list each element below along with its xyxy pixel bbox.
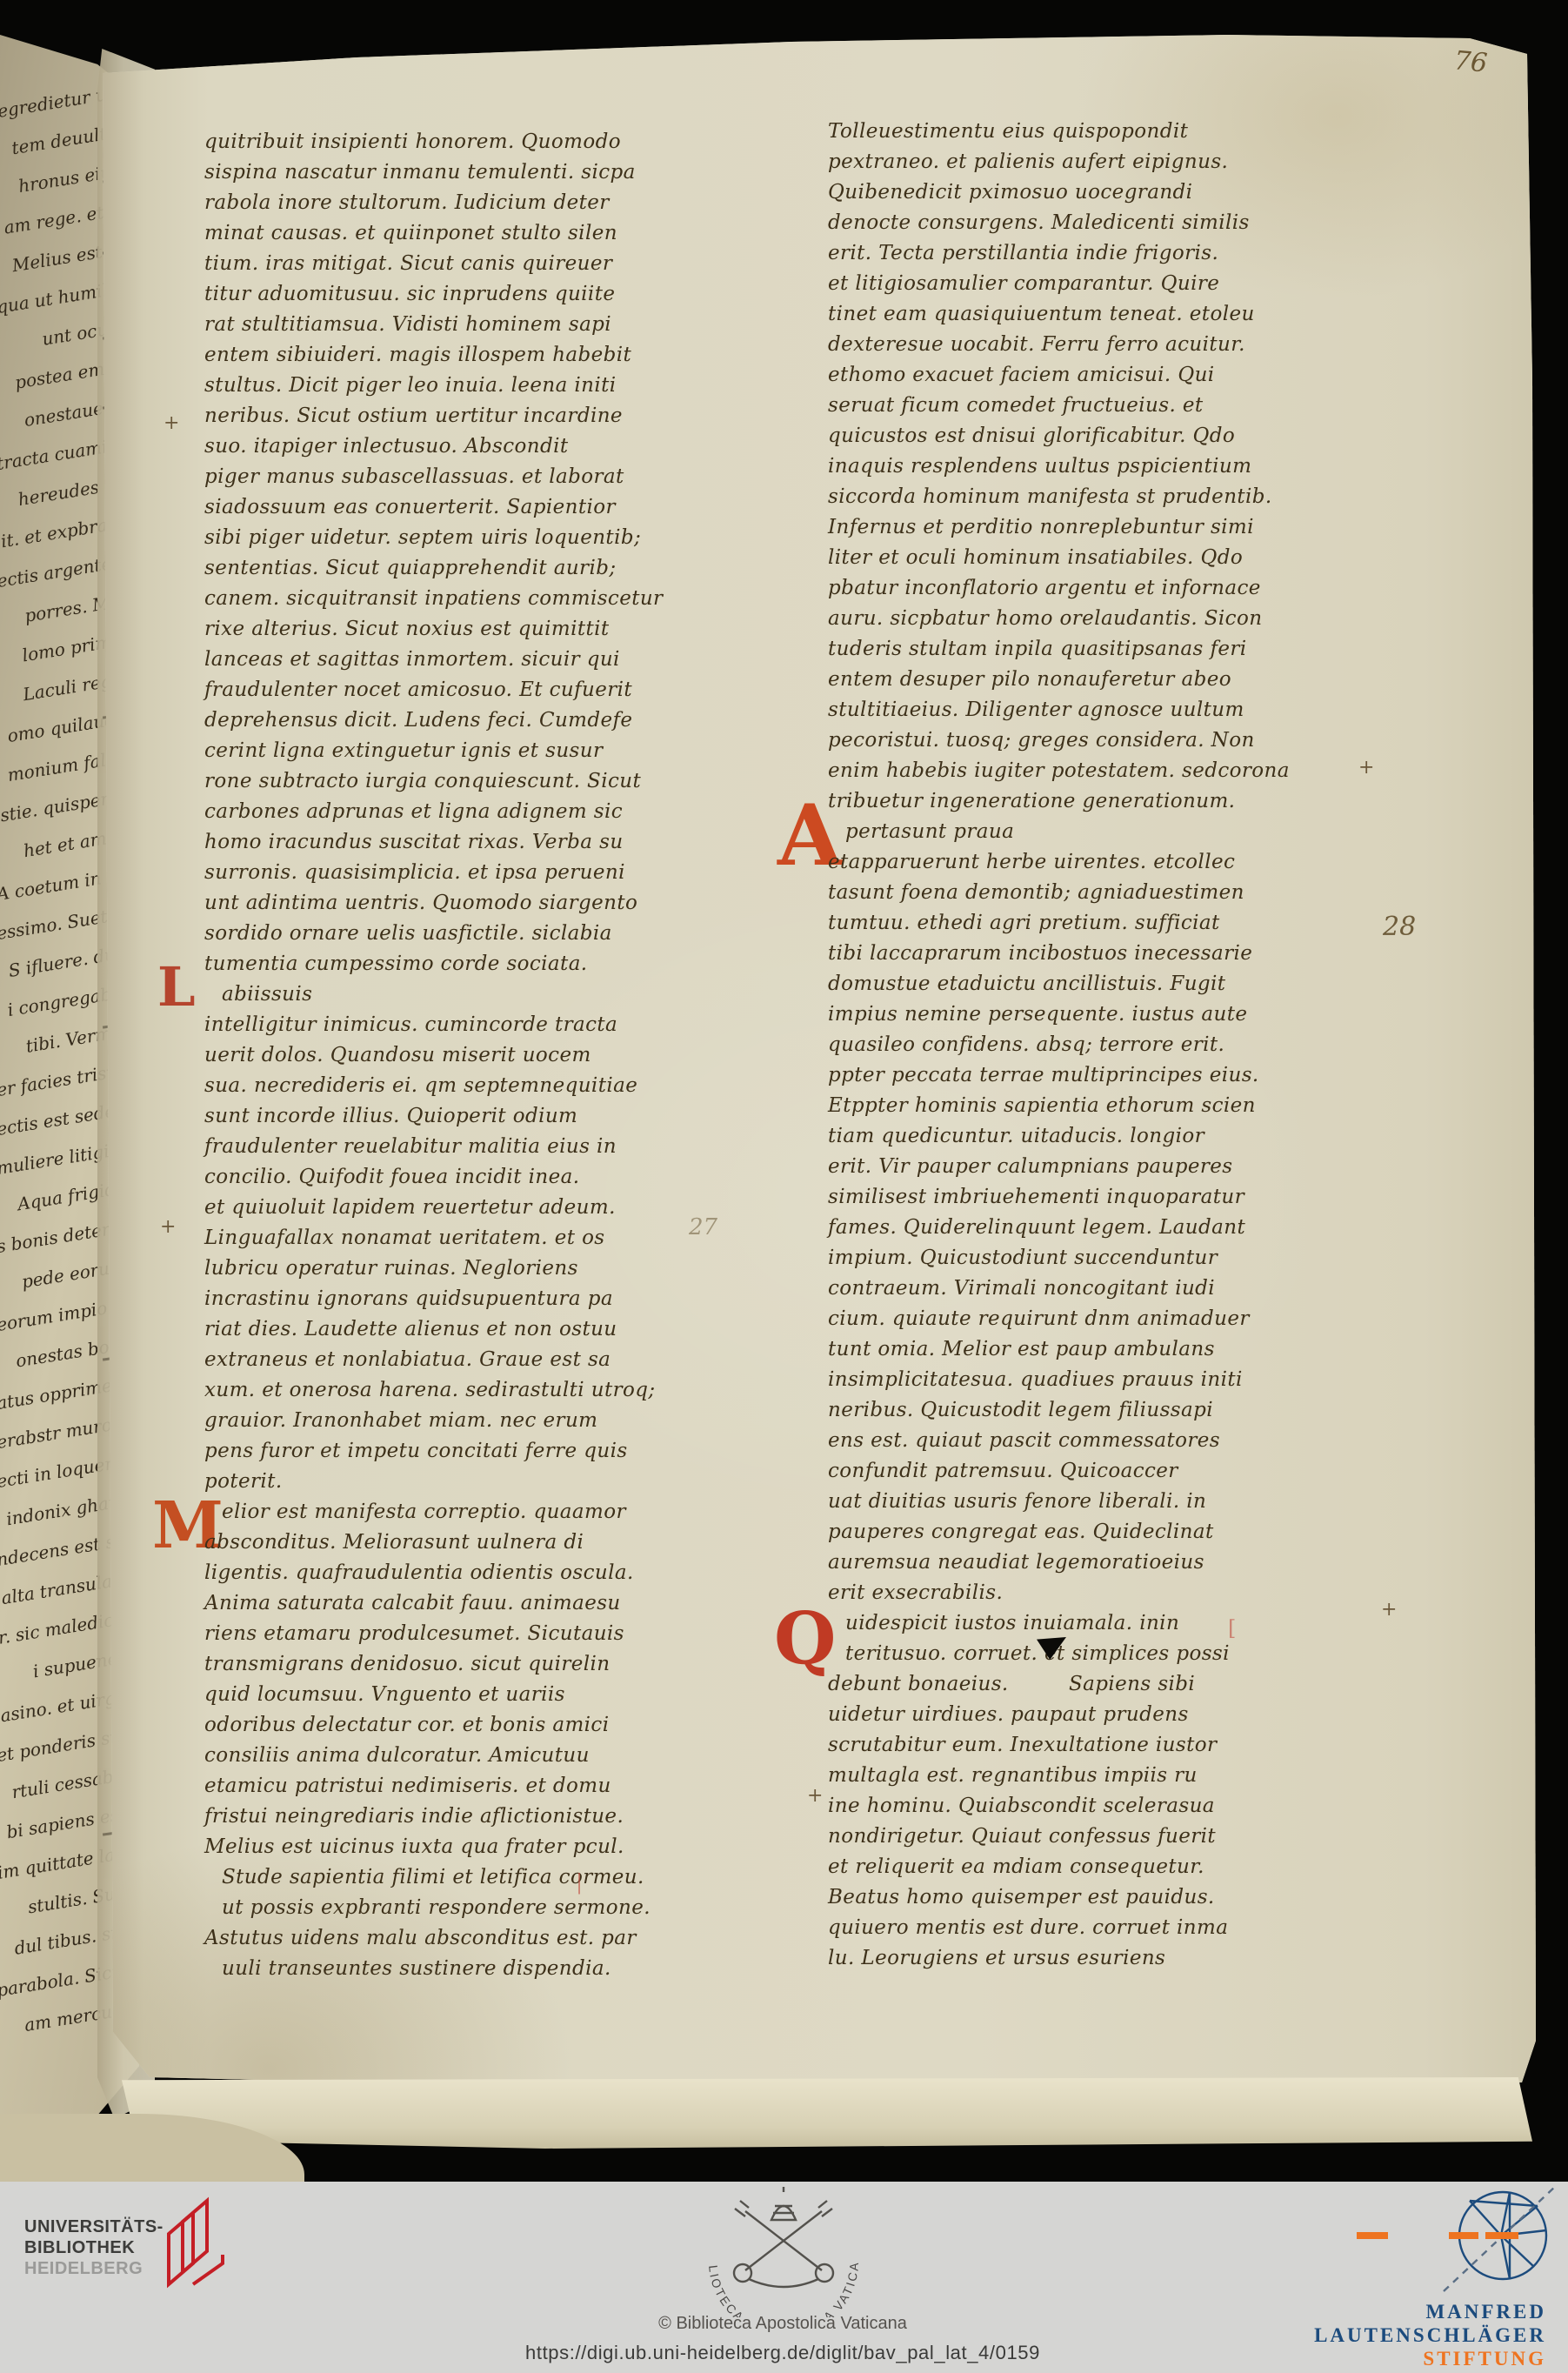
manuscript-line: teritusuo. corruet. et simplices possi [828, 1642, 1367, 1673]
manuscript-line: quitribuit insipienti honorem. Quomodo [204, 130, 744, 161]
manuscript-line-text: abiissuis [222, 983, 312, 1006]
manuscript-line: sibi piger uidetur. septem uiris loquent… [204, 526, 744, 557]
manuscript-line-text: siadossuum eas conuerterit. Sapientior [204, 496, 616, 518]
manuscript-line-text: tibi laccaprarum incibostuos inecessarie [828, 942, 1252, 965]
ub-heidelberg-wordmark: UNIVERSITÄTS- BIBLIOTHEK HEIDELBERG [24, 2216, 163, 2279]
manuscript-line: et quiuoluit lapidem reuertetur adeum. [204, 1196, 744, 1227]
margin-mark: + [1381, 1599, 1397, 1621]
manuscript-line: surronis. quasisimplicia. et ipsa peruen… [204, 861, 744, 892]
manuscript-line-text: siccorda hominum manifesta st prudentib. [828, 485, 1272, 508]
manuscript-line: insimplicitatesua. quadiues prauus initi [828, 1368, 1367, 1399]
manuscript-line-text: impium. Quicustodiunt succenduntur [828, 1247, 1218, 1269]
manuscript-line: tunt omia. Melior est paup ambulans [828, 1338, 1367, 1368]
manuscript-line-text: sibi piger uidetur. septem uiris loquent… [204, 526, 641, 549]
manuscript-line: fraudulenter nocet amicosuo. Et cufuerit [204, 678, 744, 709]
manuscript-line: sententias. Sicut quiapprehendit aurib; [204, 557, 744, 587]
margin-mark: | [576, 1870, 583, 1895]
manuscript-line-text: tasunt foena demontib; agniaduestimen [828, 881, 1244, 904]
manuscript-line: rat stultitiamsua. Vidisti hominem sapi [204, 313, 744, 344]
manuscript-line-text: Melius est uicinus iuxta qua frater pcul… [204, 1835, 624, 1858]
manuscript-line-text: erit. Tecta perstillantia indie frigoris… [828, 242, 1218, 264]
manuscript-line: tium. iras mitigat. Sicut canis quireuer [204, 252, 744, 283]
manuscript-line-text: similisest imbriuehementi inquoparatur [828, 1186, 1244, 1208]
manuscript-line-text: ethomo exacuet faciem amicisui. Qui [828, 364, 1215, 386]
manuscript-line: Astutus uidens malu absconditus est. par [204, 1927, 744, 1957]
manuscript-line-text: quasileo confidens. absq; terrore erit. [828, 1033, 1224, 1056]
manuscript-line: Melius est uicinus iuxta qua frater pcul… [204, 1835, 744, 1866]
ub-line2: BIBLIOTHEK [24, 2237, 163, 2258]
manuscript-line-text: quid locumsuu. Vnguento et uariis [204, 1683, 565, 1706]
manuscript-line-text: pens furor et impetu concitati ferre qui… [204, 1440, 628, 1462]
manuscript-line-text: deprehensus dicit. Ludens feci. Cumdefe [204, 709, 632, 732]
manuscript-line: piger manus subascellassuas. et laborat [204, 465, 744, 496]
manuscript-line: quasileo confidens. absq; terrore erit. [828, 1033, 1367, 1064]
manuscript-line: erit. Tecta perstillantia indie frigoris… [828, 242, 1367, 272]
manuscript-line: uidetur uirdiues. paupaut prudens [828, 1703, 1367, 1734]
manuscript-line-text: denocte consurgens. Maledicenti similis [828, 211, 1250, 234]
manuscript-line: cium. quiaute requirunt dnm animaduer [828, 1307, 1367, 1338]
manuscript-line: grauior. Iranonhabet miam. nec erum [204, 1409, 744, 1440]
manuscript-line-text: sua. necredideris ei. qm septemnequitiae [204, 1074, 637, 1097]
manuscript-line: uat diuitias usuris fenore liberali. in [828, 1490, 1367, 1521]
manuscript-line: neribus. Quicustodit legem filiussapi [828, 1399, 1367, 1429]
manuscript-line-text: ine hominu. Quiabscondit scelerasua [828, 1795, 1215, 1817]
manuscript-line-text: minat causas. et quiinponet stulto silen [204, 222, 617, 244]
manuscript-line-text: transmigrans denidosuo. sicut quirelin [204, 1653, 610, 1675]
mls-logo-icon [1339, 2182, 1557, 2299]
manuscript-line: seruat ficum comedet fructueius. et [828, 394, 1367, 424]
manuscript-line: contraeum. Virimali noncogitant iudi [828, 1277, 1367, 1307]
vatican-emblem: BIBLIOTECA APOSTOLICA VATICANA [691, 2187, 876, 2322]
manuscript-line: deprehensus dicit. Ludens feci. Cumdefe [204, 709, 744, 739]
manuscript-line: incrastinu ignorans quidsupuentura pa [204, 1287, 744, 1318]
manuscript-line: liter et oculi hominum insatiabiles. Qdo [828, 546, 1367, 577]
manuscript-line: minat causas. et quiinponet stulto silen [204, 222, 744, 252]
manuscript-line-text: entem desuper pilo nonauferetur abeo [828, 668, 1231, 691]
manuscript-line-text: contraeum. Virimali noncogitant iudi [828, 1277, 1215, 1300]
manuscript-line-text: et reliquerit ea mdiam consequetur. [828, 1855, 1204, 1878]
manuscript-line-text: et quiuoluit lapidem reuertetur adeum. [204, 1196, 616, 1219]
manuscript-line: domustue etaduictu ancillistuis. Fugit [828, 973, 1367, 1003]
manuscript-line-text: surronis. quasisimplicia. et ipsa peruen… [204, 861, 625, 884]
manuscript-line-text: ut possis expbranti respondere sermone. [222, 1896, 651, 1919]
margin-mark: + [807, 1785, 823, 1807]
manuscript-line-text: odoribus delectatur cor. et bonis amici [204, 1714, 609, 1736]
manuscript-line-text: pecoristui. tuosq; greges considera. Non [828, 729, 1255, 752]
manuscript-line-text: sordido ornare uelis uasfictile. siclabi… [204, 922, 612, 945]
manuscript-line: tribuetur ingeneratione generationum. [828, 790, 1367, 820]
manuscript-line: auremsua neaudiat legemoratioeius [828, 1551, 1367, 1581]
manuscript-line-text: Tolleuestimentu eius quispopondit [828, 120, 1188, 143]
manuscript-line: tuderis stultam inpila quasitipsanas fer… [828, 638, 1367, 668]
manuscript-line-text: et litigiosamulier comparantur. Quire [828, 272, 1219, 295]
manuscript-line: impium. Quicustodiunt succenduntur [828, 1247, 1367, 1277]
manuscript-line: etamicu patristui nedimiseris. et domu [204, 1775, 744, 1805]
manuscript-line: entem desuper pilo nonauferetur abeo [828, 668, 1367, 699]
manuscript-line: Quidespicit iustos inuiamala. inin [828, 1612, 1367, 1642]
manuscript-line-text: debunt bonaeius. Sapiens sibi [828, 1673, 1195, 1695]
manuscript-line-text: stultitiaeius. Diligenter agnosce uultum [828, 699, 1244, 721]
manuscript-line-text: extraneus et nonlabiatua. Graue est sa [204, 1348, 611, 1371]
manuscript-line-text: Anima saturata calcabit fauu. animaesu [204, 1592, 621, 1614]
manuscript-line-text: carbones adprunas et ligna adignem sic [204, 800, 623, 823]
manuscript-line-text: tumentia cumpessimo corde sociata. [204, 953, 588, 975]
manuscript-line-text: rabola inore stultorum. Iudicium deter [204, 191, 610, 214]
manuscript-line: sispina nascatur inmanu temulenti. sicpa [204, 161, 744, 191]
manuscript-line: auru. sicpbatur homo orelaudantis. Sicon [828, 607, 1367, 638]
manuscript-line-text: rat stultitiamsua. Vidisti hominem sapi [204, 313, 611, 336]
ub-line3: HEIDELBERG [24, 2258, 163, 2279]
manuscript-line-text: elior est manifesta correptio. quaamor [222, 1501, 626, 1523]
manuscript-line-text: multagla est. regnantibus impiis ru [828, 1764, 1198, 1787]
manuscript-line-text: incrastinu ignorans quidsupuentura pa [204, 1287, 613, 1310]
manuscript-line-text: uidespicit iustos inuiamala. inin [845, 1612, 1179, 1634]
manuscript-line: fraudulenter reuelabitur malitia eius in [204, 1135, 744, 1166]
manuscript-line-text: sententias. Sicut quiapprehendit aurib; [204, 557, 616, 579]
manuscript-line: erit exsecrabilis. [828, 1581, 1367, 1612]
manuscript-line-text: erit exsecrabilis. [828, 1581, 1003, 1604]
manuscript-line: Anima saturata calcabit fauu. animaesu [204, 1592, 744, 1622]
manuscript-line: scrutabitur eum. Inexultatione iustor [828, 1734, 1367, 1764]
manuscript-line: nondirigetur. Quiaut confessus fuerit [828, 1825, 1367, 1855]
footer-bar: UNIVERSITÄTS- BIBLIOTHEK HEIDELBERG [0, 2182, 1568, 2373]
manuscript-line-text: pextraneo. et palienis aufert eipignus. [828, 150, 1228, 173]
manuscript-photo: egredietur uastem deuulturhronus eius.am… [0, 0, 1568, 2373]
manuscript-line-text: tiam quedicuntur. uitaducis. longior [828, 1125, 1204, 1147]
margin-mark: [ [1228, 1616, 1236, 1641]
manuscript-line: pens furor et impetu concitati ferre qui… [204, 1440, 744, 1470]
manuscript-line: ens est. quiaut pascit commessatores [828, 1429, 1367, 1460]
manuscript-line-text: ppter peccata terrae multiprincipes eius… [828, 1064, 1259, 1086]
manuscript-line: entem sibiuideri. magis illospem habebit [204, 344, 744, 374]
manuscript-line-text: piger manus subascellassuas. et laborat [204, 465, 624, 488]
manuscript-line: tiam quedicuntur. uitaducis. longior [828, 1125, 1367, 1155]
manuscript-line-text: pauperes congregat eas. Quideclinat [828, 1521, 1214, 1543]
manuscript-line: tumentia cumpessimo corde sociata. [204, 953, 744, 983]
manuscript-line: debunt bonaeius. Sapiens sibi [828, 1673, 1367, 1703]
manuscript-line-text: lanceas et sagittas inmortem. sicuir qui [204, 648, 620, 671]
manuscript-line: Apertasunt praua [828, 820, 1367, 851]
manuscript-line-text: insimplicitatesua. quadiues prauus initi [828, 1368, 1243, 1391]
text-column-left: quitribuit insipienti honorem. Quomodosi… [204, 130, 744, 1988]
manuscript-line-text: riens etamaru produlcesumet. Sicutauis [204, 1622, 624, 1645]
manuscript-line: extraneus et nonlabiatua. Graue est sa [204, 1348, 744, 1379]
manuscript-line-text: confundit patremsuu. Quicoaccer [828, 1460, 1178, 1482]
manuscript-line: neribus. Sicut ostium uertitur incardine [204, 404, 744, 435]
manuscript-line-text: neribus. Sicut ostium uertitur incardine [204, 404, 623, 427]
manuscript-line-text: sunt incorde illius. Quioperit odium [204, 1105, 577, 1127]
manuscript-line-text: uidetur uirdiues. paupaut prudens [828, 1703, 1189, 1726]
manuscript-line-text: teritusuo. corruet. et simplices possi [845, 1642, 1230, 1665]
manuscript-line-text: stultus. Dicit piger leo inuia. leena in… [204, 374, 617, 397]
manuscript-line: tumtuu. ethedi agri pretium. sufficiat [828, 912, 1367, 942]
manuscript-line-text: tium. iras mitigat. Sicut canis quireuer [204, 252, 612, 275]
manuscript-line-text: tuderis stultam inpila quasitipsanas fer… [828, 638, 1247, 660]
manuscript-line: Stude sapientia filimi et letifica corme… [204, 1866, 744, 1896]
manuscript-line: suo. itapiger inlectusuo. Abscondit [204, 435, 744, 465]
manuscript-line-text: quiuero mentis est dure. corruet inma [828, 1916, 1228, 1939]
manuscript-line: Melior est manifesta correptio. quaamor [204, 1501, 744, 1531]
manuscript-line-text: tumtuu. ethedi agri pretium. sufficiat [828, 912, 1220, 934]
manuscript-line: cerint ligna extinguetur ignis et susur [204, 739, 744, 770]
manuscript-line-text: nondirigetur. Quiaut confessus fuerit [828, 1825, 1216, 1848]
manuscript-line-text: homo iracundus suscitat rixas. Verba su [204, 831, 624, 853]
manuscript-line-text: auremsua neaudiat legemoratioeius [828, 1551, 1204, 1574]
manuscript-line-text: sispina nascatur inmanu temulenti. sicpa [204, 161, 636, 184]
manuscript-line-text: fames. Quiderelinquunt legem. Laudant [828, 1216, 1245, 1239]
manuscript-line-text: erit. Vir pauper calumpnians pauperes [828, 1155, 1232, 1178]
manuscript-line: multagla est. regnantibus impiis ru [828, 1764, 1367, 1795]
manuscript-line-text: fristui neingrediaris indie aflictionist… [204, 1805, 624, 1828]
manuscript-line: inaquis resplendens uultus pspicientium [828, 455, 1367, 485]
manuscript-line: pecoristui. tuosq; greges considera. Non [828, 729, 1367, 759]
page-stack-edge [122, 2077, 1532, 2149]
manuscript-line-text: tunt omia. Melior est paup ambulans [828, 1338, 1215, 1360]
manuscript-line: ligentis. quafraudulentia odientis oscul… [204, 1561, 744, 1592]
manuscript-line: transmigrans denidosuo. sicut quirelin [204, 1653, 744, 1683]
manuscript-line: et reliquerit ea mdiam consequetur. [828, 1855, 1367, 1886]
manuscript-line: pextraneo. et palienis aufert eipignus. [828, 150, 1367, 181]
manuscript-line-text: pbatur inconflatorio argentu et infornac… [828, 577, 1261, 599]
manuscript-line: lu. Leorugiens et ursus esuriens [828, 1947, 1367, 1977]
manuscript-line-text: Quibenedicit pximosuo uocegrandi [828, 181, 1192, 204]
manuscript-line: riat dies. Laudette alienus et non ostuu [204, 1318, 744, 1348]
manuscript-line: intelligitur inimicus. cumincorde tracta [204, 1013, 744, 1044]
margin-mark: + [163, 412, 179, 434]
manuscript-line: Infernus et perditio nonreplebuntur simi [828, 516, 1367, 546]
ub-line1: UNIVERSITÄTS- [24, 2216, 163, 2237]
manuscript-line-text: neribus. Quicustodit legem filiussapi [828, 1399, 1213, 1421]
manuscript-line: stultus. Dicit piger leo inuia. leena in… [204, 374, 744, 404]
manuscript-line-text: canem. sicquitransit inpatiens commiscet… [204, 587, 663, 610]
manuscript-line-text: concilio. Quifodit fouea incidit inea. [204, 1166, 579, 1188]
manuscript-line: pauperes congregat eas. Quideclinat [828, 1521, 1367, 1551]
manuscript-line-text: consiliis anima dulcoratur. Amicutuu [204, 1744, 590, 1767]
manuscript-line-text: rixe alterius. Sicut noxius est quimitti… [204, 618, 610, 640]
manuscript-line: rone subtracto iurgia conquiescunt. Sicu… [204, 770, 744, 800]
manuscript-line: stultitiaeius. Diligenter agnosce uultum [828, 699, 1367, 729]
manuscript-line: riens etamaru produlcesumet. Sicutauis [204, 1622, 744, 1653]
manuscript-line-text: riat dies. Laudette alienus et non ostuu [204, 1318, 617, 1340]
manuscript-line: titur aduomitusuu. sic inprudens quiite [204, 283, 744, 313]
manuscript-line-text: uuli transeuntes sustinere dispendia. [222, 1957, 611, 1980]
manuscript-line: xum. et onerosa harena. sedirastulti utr… [204, 1379, 744, 1409]
manuscript-line-text: inaquis resplendens uultus pspicientium [828, 455, 1251, 478]
manuscript-line: fristui neingrediaris indie aflictionist… [204, 1805, 744, 1835]
manuscript-line: tibi laccaprarum incibostuos inecessarie [828, 942, 1367, 973]
mls-line2: LAUTENSCHLÄGER [1035, 2323, 1546, 2347]
manuscript-line: siccorda hominum manifesta st prudentib. [828, 485, 1367, 516]
manuscript-line: erit. Vir pauper calumpnians pauperes [828, 1155, 1367, 1186]
manuscript-line: confundit patremsuu. Quicoaccer [828, 1460, 1367, 1490]
manuscript-line-text: cium. quiaute requirunt dnm animaduer [828, 1307, 1250, 1330]
manuscript-line: odoribus delectatur cor. et bonis amici [204, 1714, 744, 1744]
manuscript-line: Etppter hominis sapientia ethorum scien [828, 1094, 1367, 1125]
manuscript-line: Linguafallax nonamat ueritatem. et os [204, 1227, 744, 1257]
manuscript-line-text: liter et oculi hominum insatiabiles. Qdo [828, 546, 1243, 569]
manuscript-line: etapparuerunt herbe uirentes. etcollec [828, 851, 1367, 881]
manuscript-line-text: quicustos est dnisui glorificabitur. Qdo [828, 424, 1235, 447]
manuscript-line-text: domustue etaduictu ancillistuis. Fugit [828, 973, 1225, 995]
manuscript-line-text: auru. sicpbatur homo orelaudantis. Sicon [828, 607, 1262, 630]
manuscript-line-text: xum. et onerosa harena. sedirastulti utr… [204, 1379, 656, 1401]
manuscript-line-text: uat diuitias usuris fenore liberali. in [828, 1490, 1206, 1513]
manuscript-line-text: enim habebis iugiter potestatem. sedcoro… [828, 759, 1290, 782]
manuscript-line: lanceas et sagittas inmortem. sicuir qui [204, 648, 744, 678]
manuscript-line: uuli transeuntes sustinere dispendia. [204, 1957, 744, 1988]
manuscript-line: impius nemine persequente. iustus aute [828, 1003, 1367, 1033]
margin-mark: + [1358, 757, 1374, 779]
manuscript-line: et litigiosamulier comparantur. Quire [828, 272, 1367, 303]
manuscript-line-text: Beatus homo quisemper est pauidus. [828, 1886, 1215, 1908]
manuscript-line-text: unt adintima uentris. Quomodo siargento [204, 892, 637, 914]
manuscript-line-text: titur aduomitusuu. sic inprudens quiite [204, 283, 615, 305]
manuscript-line-text: Linguafallax nonamat ueritatem. et os [204, 1227, 605, 1249]
manuscript-line-text: scrutabitur eum. Inexultatione iustor [828, 1734, 1217, 1756]
manuscript-line: Tolleuestimentu eius quispopondit [828, 120, 1367, 150]
manuscript-line: ine hominu. Quiabscondit scelerasua [828, 1795, 1367, 1825]
manuscript-line-text: ens est. quiaut pascit commessatores [828, 1429, 1220, 1452]
manuscript-line-text: tinet eam quasiquiuentum teneat. etoleu [828, 303, 1255, 325]
manuscript-line-text: rone subtracto iurgia conquiescunt. Sicu… [204, 770, 641, 792]
manuscript-line-text: ligentis. quafraudulentia odientis oscul… [204, 1561, 634, 1584]
manuscript-line: concilio. Quifodit fouea incidit inea. [204, 1166, 744, 1196]
manuscript-line: ethomo exacuet faciem amicisui. Qui [828, 364, 1367, 394]
manuscript-line-text: lu. Leorugiens et ursus esuriens [828, 1947, 1165, 1969]
manuscript-line: quicustos est dnisui glorificabitur. Qdo [828, 424, 1367, 455]
manuscript-line-text: etapparuerunt herbe uirentes. etcollec [828, 851, 1235, 873]
manuscript-line-text: lubricu operatur ruinas. Negloriens [204, 1257, 578, 1280]
manuscript-line: denocte consurgens. Maledicenti similis [828, 211, 1367, 242]
folio-number: 76 [1453, 45, 1489, 78]
manuscript-line-text: pertasunt praua [845, 820, 1014, 843]
mls-line3: STIFTUNG [1035, 2347, 1546, 2370]
manuscript-line: rabola inore stultorum. Iudicium deter [204, 191, 744, 222]
manuscript-line: homo iracundus suscitat rixas. Verba su [204, 831, 744, 861]
manuscript-line: consiliis anima dulcoratur. Amicutuu [204, 1744, 744, 1775]
manuscript-line: uerit dolos. Quandosu miserit uocem [204, 1044, 744, 1074]
manuscript-line-text: impius nemine persequente. iustus aute [828, 1003, 1247, 1026]
manuscript-line: tasunt foena demontib; agniaduestimen [828, 881, 1367, 912]
manuscript-line-text: absconditus. Meliorasunt uulnera di [204, 1531, 584, 1554]
manuscript-line: sua. necredideris ei. qm septemnequitiae [204, 1074, 744, 1105]
manuscript-line: lubricu operatur ruinas. Negloriens [204, 1257, 744, 1287]
manuscript-line-text: fraudulenter nocet amicosuo. Et cufuerit [204, 678, 632, 701]
manuscript-line: ppter peccata terrae multiprincipes eius… [828, 1064, 1367, 1094]
manuscript-page: 76 quitribuit insipienti honorem. Quomod… [96, 31, 1539, 2154]
text-column-right: Tolleuestimentu eius quispoponditpextran… [828, 120, 1367, 1977]
manuscript-line: poterit. [204, 1470, 744, 1501]
manuscript-line-text: Etppter hominis sapientia ethorum scien [828, 1094, 1256, 1117]
manuscript-line: dexteresue uocabit. Ferru ferro acuitur. [828, 333, 1367, 364]
manuscript-line: siadossuum eas conuerterit. Sapientior [204, 496, 744, 526]
vatican-copyright: © Biblioteca Apostolica Vaticana [522, 2314, 1044, 2334]
manuscript-line-text: entem sibiuideri. magis illospem habebit [204, 344, 631, 366]
manuscript-line-text: intelligitur inimicus. cumincorde tracta [204, 1013, 617, 1036]
manuscript-line-text: grauior. Iranonhabet miam. nec erum [204, 1409, 597, 1432]
manuscript-line-text: seruat ficum comedet fructueius. et [828, 394, 1204, 417]
manuscript-line: sordido ornare uelis uasfictile. siclabi… [204, 922, 744, 953]
manuscript-line: tinet eam quasiquiuentum teneat. etoleu [828, 303, 1367, 333]
manuscript-line: absconditus. Meliorasunt uulnera di [204, 1531, 744, 1561]
manuscript-line-text: etamicu patristui nedimiseris. et domu [204, 1775, 611, 1797]
mls-wordmark: MANFRED LAUTENSCHLÄGER STIFTUNG [1035, 2300, 1546, 2370]
manuscript-line: fames. Quiderelinquunt legem. Laudant [828, 1216, 1367, 1247]
manuscript-line: pbatur inconflatorio argentu et infornac… [828, 577, 1367, 607]
manuscript-line: sunt incorde illius. Quioperit odium [204, 1105, 744, 1135]
manuscript-line-text: uerit dolos. Quandosu miserit uocem [204, 1044, 591, 1066]
manuscript-line-text: suo. itapiger inlectusuo. Abscondit [204, 435, 568, 458]
illuminated-initial: L [157, 960, 196, 1014]
manuscript-line: Quibenedicit pximosuo uocegrandi [828, 181, 1367, 211]
manuscript-line: carbones adprunas et ligna adignem sic [204, 800, 744, 831]
manuscript-line: Labiissuis [204, 983, 744, 1013]
manuscript-line: quid locumsuu. Vnguento et uariis [204, 1683, 744, 1714]
manuscript-line-text: quitribuit insipienti honorem. Quomodo [204, 130, 621, 153]
margin-mark: + [160, 1216, 176, 1238]
manuscript-line: ut possis expbranti respondere sermone. [204, 1896, 744, 1927]
manuscript-line: similisest imbriuehementi inquoparatur [828, 1186, 1367, 1216]
margin-mark: 27 [689, 1214, 717, 1240]
manuscript-line-text: fraudulenter reuelabitur malitia eius in [204, 1135, 617, 1158]
manuscript-line-text: Infernus et perditio nonreplebuntur simi [828, 516, 1254, 538]
manuscript-line-text: Astutus uidens malu absconditus est. par [204, 1927, 637, 1949]
mls-line1: MANFRED [1035, 2300, 1546, 2323]
manuscript-line: canem. sicquitransit inpatiens commiscet… [204, 587, 744, 618]
manuscript-line-text: tribuetur ingeneratione generationum. [828, 790, 1235, 812]
manuscript-line: Beatus homo quisemper est pauidus. [828, 1886, 1367, 1916]
manuscript-line: unt adintima uentris. Quomodo siargento [204, 892, 744, 922]
manuscript-line: rixe alterius. Sicut noxius est quimitti… [204, 618, 744, 648]
manuscript-line: enim habebis iugiter potestatem. sedcoro… [828, 759, 1367, 790]
manuscript-line-text: cerint ligna extinguetur ignis et susur [204, 739, 603, 762]
manuscript-line: quiuero mentis est dure. corruet inma [828, 1916, 1367, 1947]
margin-mark: 28 [1383, 912, 1416, 942]
manuscript-line-text: dexteresue uocabit. Ferru ferro acuitur. [828, 333, 1245, 356]
ub-heidelberg-logo-icon [157, 2194, 230, 2299]
